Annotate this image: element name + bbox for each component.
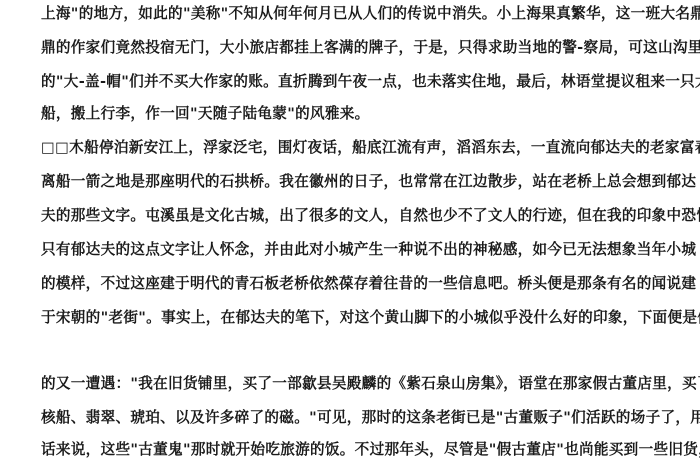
text-line: 上海"的地方，如此的"美称"不知从何年何月已从人们的传说中消失。小上海果真繁华，… bbox=[41, 4, 661, 24]
text-line: 离船一箭之地是那座明代的石拱桥。我在徽州的日子，也常常在江边散步，站在老桥上总会… bbox=[41, 172, 661, 192]
document-page: 上海"的地方，如此的"美称"不知从何年何月已从人们的传说中消失。小上海果真繁华，… bbox=[0, 0, 700, 470]
text-line: □□木船停泊新安江上，浮家泛宅，围灯夜话，船底江流有声，滔滔东去，一直流向郁达夫… bbox=[41, 138, 661, 158]
text-line: 船，搬上行李，作一回"天随子陆龟蒙"的风雅来。 bbox=[41, 104, 661, 124]
text-line: 鼎的作家们竟然投宿无门，大小旅店都挂上客满的牌子，于是，只得求助当地的警-察局，… bbox=[41, 38, 661, 58]
text-line: 的又一遭遇："我在旧货铺里，买了一部歙县吴殿麟的《紫石泉山房集》，语堂在那家假古… bbox=[41, 374, 661, 394]
text-line: 核船、翡翠、琥珀、以及许多碎了的磁。"可见，那时的这条老街已是"古董贩子"们活跃… bbox=[41, 408, 661, 428]
text-line: 的模样，不过这座建于明代的青石板老桥依然葆存着往昔的一些信息吧。桥头便是那条有名… bbox=[41, 274, 661, 294]
text-line: 于宋朝的"老街"。事实上，在郁达夫的笔下，对这个黄山脚下的小城似乎没什么好的印象… bbox=[41, 308, 661, 328]
text-line: 只有郁达夫的这点文字让人怀念，并由此对小城产生一种说不出的神秘感，如今已无法想象… bbox=[41, 240, 661, 260]
text-line: 话来说，这些"古董鬼"那时就开始吃旅游的饭。不过那年头，尽管是"假古董店"也尚能… bbox=[41, 440, 661, 460]
text-line: 夫的那些文字。屯溪虽是文化古城，出了很多的文人，自然也少不了文人的行迹，但在我的… bbox=[41, 206, 661, 226]
text-line: 的"大-盖-帽"们并不买大作家的账。直折腾到午夜一点，也未落实住地，最后，林语堂… bbox=[41, 72, 661, 92]
